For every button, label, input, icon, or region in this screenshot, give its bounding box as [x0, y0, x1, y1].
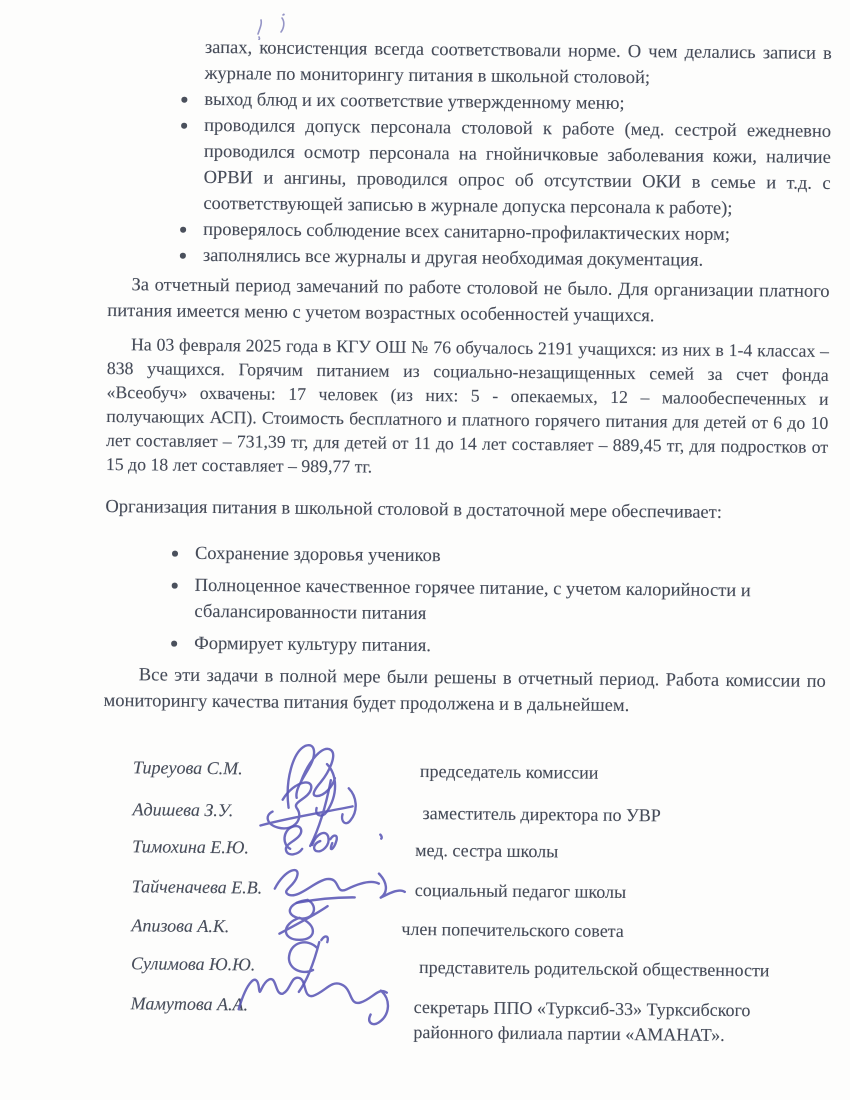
signatory-role: секретарь ППО «Турксиб-33» Турксибского …	[413, 995, 773, 1048]
signature-row: Тимохина Е.Ю. мед. сестра школы	[102, 829, 824, 876]
signatory-role: представитель родительской общественност…	[419, 955, 799, 984]
signatory-role: заместитель директора по УВР	[422, 801, 802, 830]
signatory-name: Тимохина Е.Ю.	[132, 833, 249, 860]
signatory-role: член попечительского совета	[401, 917, 781, 946]
signatory-role: социальный педагог школы	[415, 878, 795, 907]
list-item: заполнялись все журналы и другая необход…	[203, 243, 830, 275]
signatory-name: Адишева З.У.	[132, 796, 233, 823]
signature-ink	[274, 821, 342, 862]
paragraph-report-period: За отчетный период замечаний по работе с…	[107, 272, 829, 331]
monitoring-checklist: выход блюд и их соответствие утвержденно…	[108, 86, 832, 275]
paragraph-conclusion: Все эти задачи в полной мере были решены…	[103, 662, 825, 721]
list-item: Сохранение здоровья учеников	[195, 541, 827, 573]
paragraph-provision-intro: Организация питания в школьной столовой …	[105, 494, 827, 527]
document-body: запах, консистенция всегда соответствова…	[100, 34, 832, 1083]
list-item: Формирует культуру питания.	[194, 631, 826, 663]
signatory-name: Мамутова А.А.	[131, 990, 249, 1017]
signature-row: Мамутова А.А. секретарь ППО «Турксиб-33»…	[100, 986, 823, 1083]
signatory-name: Апизова А.К.	[131, 912, 229, 939]
signatory-name: Тиреуова С.М.	[133, 754, 243, 781]
list-item: Полноценное качественное горячее питание…	[194, 573, 826, 631]
signatory-name: Тайченачева Е.В.	[132, 873, 263, 900]
signatory-role: мед. сестра школы	[415, 838, 795, 867]
signature-ink	[232, 959, 411, 1029]
provision-list: Сохранение здоровья учеников Полноценное…	[104, 540, 827, 663]
signature-block: Тиреуова С.М. председатель комиссии Адиш…	[100, 750, 825, 1083]
signature-row: Тиреуова С.М. председатель комиссии	[103, 750, 825, 799]
signatory-role: председатель комиссии	[420, 759, 800, 788]
signature-row: Сулимова Ю.Ю. представитель родительской…	[101, 946, 823, 993]
list-item: проводился допуск персонала столовой к р…	[203, 113, 831, 223]
continuation-paragraph: запах, консистенция всегда соответствова…	[204, 35, 831, 93]
paragraph-enrollment-stats: На 03 февраля 2025 года в КГУ ОШ № 76 об…	[106, 332, 829, 483]
scanned-document-page: запах, консистенция всегда соответствова…	[0, 0, 850, 1100]
